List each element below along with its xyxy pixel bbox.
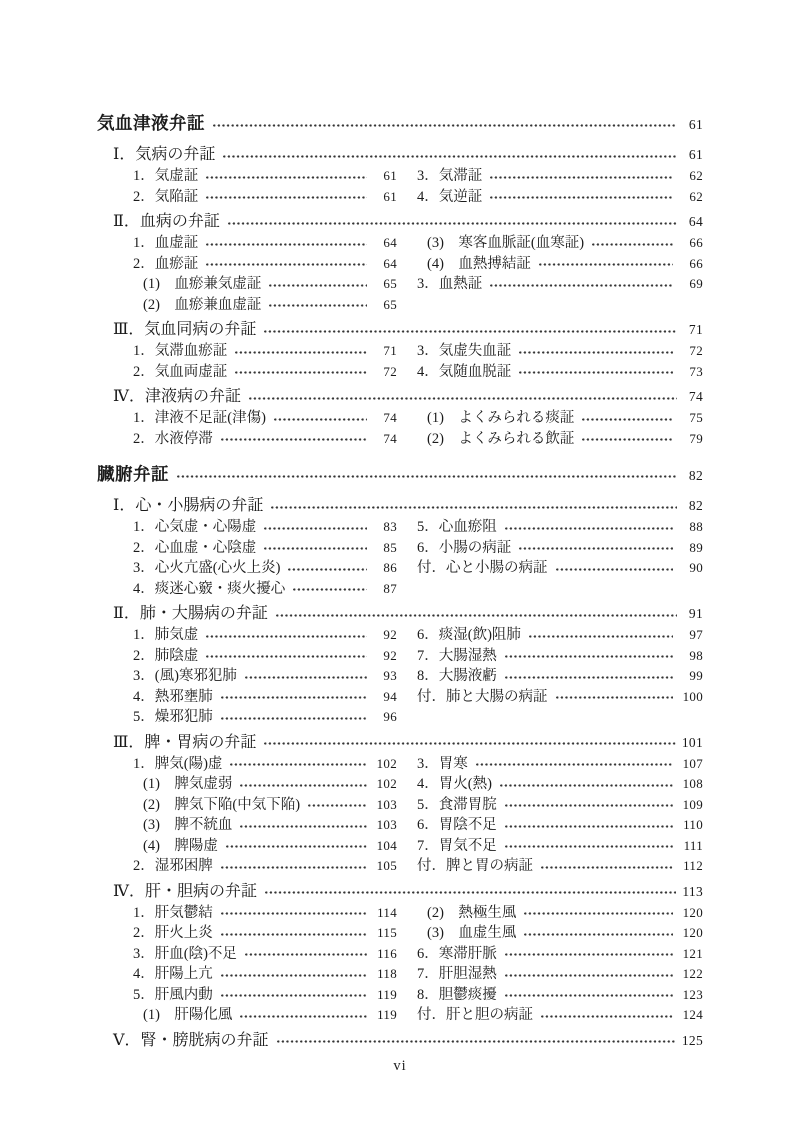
toc-entry-page: 92 bbox=[373, 646, 397, 666]
toc-columns: 1．気虚証612．気陥証613．気滞証624．気逆証62 bbox=[133, 166, 703, 207]
toc-entry: 2．水液停滞74 bbox=[133, 429, 397, 450]
dotted-leader bbox=[541, 866, 673, 869]
toc-entry: 3．気虚失血証72 bbox=[417, 341, 703, 362]
toc-section-heading-label: Ⅳ．津液病の弁証 bbox=[113, 386, 241, 408]
dotted-leader bbox=[249, 397, 677, 400]
dotted-leader bbox=[206, 635, 367, 638]
toc-entry-page: 103 bbox=[373, 795, 397, 815]
toc-entry-page: 114 bbox=[373, 903, 397, 923]
toc-entry-label: (3) 脾不統血 bbox=[143, 816, 232, 836]
toc-entry-label: 1．気虚証 bbox=[133, 167, 198, 187]
toc-section-heading: Ⅳ．肝・胆病の弁証113 bbox=[97, 881, 703, 903]
dotted-leader bbox=[264, 742, 675, 745]
dotted-leader bbox=[265, 891, 676, 894]
dotted-leader bbox=[529, 635, 673, 638]
toc-entry: (4) 脾陽虚104 bbox=[133, 836, 397, 857]
toc-entry-label: 付．肝と胆の病証 bbox=[417, 1006, 533, 1026]
toc-entry-label: 8．胆鬱痰擾 bbox=[417, 986, 497, 1006]
dotted-leader bbox=[206, 655, 367, 658]
toc-entry-page: 122 bbox=[679, 964, 703, 984]
toc-page: 気血津液弁証61Ⅰ．気病の弁証611．気虚証612．気陥証613．気滞証624．… bbox=[0, 0, 800, 1052]
dotted-leader bbox=[524, 933, 673, 936]
toc-entry: 3．心火亢盛(心火上炎)86 bbox=[133, 558, 397, 579]
dotted-leader bbox=[505, 804, 673, 807]
toc-column-left: 1．脾気(陽)虚102(1) 脾気虚弱102(2) 脾気下陥(中気下陥)103(… bbox=[133, 754, 397, 877]
dotted-leader bbox=[245, 676, 367, 679]
toc-entry: 6．痰湿(飲)阻肺97 bbox=[417, 625, 703, 646]
toc-entry-label: 1．津液不足証(津傷) bbox=[133, 409, 266, 429]
dotted-leader bbox=[221, 994, 367, 997]
toc-entry-page: 64 bbox=[373, 233, 397, 253]
dotted-leader bbox=[221, 974, 367, 977]
toc-entry-label: (2) 血瘀兼血虚証 bbox=[143, 296, 261, 316]
toc-entry: 5．食滞胃脘109 bbox=[417, 795, 703, 816]
toc-entry-page: 102 bbox=[373, 774, 397, 794]
toc-columns: 1．脾気(陽)虚102(1) 脾気虚弱102(2) 脾気下陥(中気下陥)103(… bbox=[133, 754, 703, 877]
toc-entry-page: 120 bbox=[679, 903, 703, 923]
toc-entry-label: 5．食滞胃脘 bbox=[417, 796, 497, 816]
dotted-leader bbox=[505, 527, 673, 530]
toc-entry-label: (1) 肝陽化風 bbox=[143, 1006, 232, 1026]
page-number-footer: vi bbox=[0, 1058, 800, 1075]
dotted-leader bbox=[221, 438, 367, 441]
toc-entry-label: 2．血瘀証 bbox=[133, 255, 198, 275]
toc-entry-page: 74 bbox=[373, 429, 397, 449]
toc-entry-page: 92 bbox=[373, 625, 397, 645]
dotted-leader bbox=[206, 263, 367, 266]
toc-section-heading-label: Ⅲ．気血同病の弁証 bbox=[113, 319, 256, 341]
toc-section-heading: Ⅰ．気病の弁証61 bbox=[97, 144, 703, 166]
toc-entry-label: 5．心血瘀阻 bbox=[417, 518, 497, 538]
dotted-leader bbox=[490, 284, 673, 287]
toc-entry-page: 112 bbox=[679, 856, 703, 876]
toc-entry: (2) 血瘀兼血虚証65 bbox=[133, 295, 397, 316]
dotted-leader bbox=[226, 845, 367, 848]
dotted-leader bbox=[264, 330, 677, 333]
toc-entry: 1．肺気虚92 bbox=[133, 625, 397, 646]
toc-entry-label: 2．気血両虚証 bbox=[133, 363, 227, 383]
toc-entry: (1) 血瘀兼気虚証65 bbox=[133, 274, 397, 295]
toc-section-heading: Ⅳ．津液病の弁証74 bbox=[97, 386, 703, 408]
toc-entry-page: 61 bbox=[373, 187, 397, 207]
toc-entry-label: (4) 脾陽虚 bbox=[143, 837, 218, 857]
dotted-leader bbox=[269, 304, 367, 307]
toc-body: 気血津液弁証61Ⅰ．気病の弁証611．気虚証612．気陥証613．気滞証624．… bbox=[97, 110, 703, 1052]
toc-entry-label: 5．燥邪犯肺 bbox=[133, 708, 213, 728]
toc-entry-page: 74 bbox=[373, 408, 397, 428]
toc-columns: 1．気滞血瘀証712．気血両虚証723．気虚失血証724．気随血脱証73 bbox=[133, 341, 703, 382]
toc-entry-page: 66 bbox=[679, 254, 703, 274]
toc-entry-label: 3．(風)寒邪犯肺 bbox=[133, 667, 237, 687]
toc-entry: 3．胃寒107 bbox=[417, 754, 703, 775]
toc-entry-page: 83 bbox=[373, 517, 397, 537]
toc-column-right: (2) 熱極生風120(3) 血虚生風1206．寒滞肝脈1217．肝胆湿熱122… bbox=[417, 903, 703, 1026]
toc-entry-label: 7．肝胆湿熱 bbox=[417, 965, 497, 985]
toc-entry: 1．気滞血瘀証71 bbox=[133, 341, 397, 362]
toc-entry: 2．心血虚・心陰虚85 bbox=[133, 538, 397, 559]
toc-entry-page: 62 bbox=[679, 166, 703, 186]
dotted-leader bbox=[539, 263, 673, 266]
toc-entry: (3) 血虚生風120 bbox=[417, 923, 703, 944]
toc-entry-label: 4．胃火(熱) bbox=[417, 775, 492, 795]
toc-entry-label: (2) 脾気下陥(中気下陥) bbox=[143, 796, 300, 816]
toc-entry-page: 104 bbox=[373, 836, 397, 856]
toc-entry-label: 3．胃寒 bbox=[417, 755, 468, 775]
toc-entry-page: 72 bbox=[373, 362, 397, 382]
toc-entry-label: 1．脾気(陽)虚 bbox=[133, 755, 222, 775]
dotted-leader bbox=[505, 825, 673, 828]
dotted-leader bbox=[308, 804, 367, 807]
toc-section-heading: Ⅴ．腎・膀胱病の弁証125 bbox=[97, 1030, 703, 1052]
toc-entry-page: 65 bbox=[373, 295, 397, 315]
toc-part-heading-page: 61 bbox=[683, 112, 703, 138]
toc-entry-label: 7．胃気不足 bbox=[417, 837, 497, 857]
toc-columns: 1．肺気虚922．肺陰虚923．(風)寒邪犯肺934．熱邪壅肺945．燥邪犯肺9… bbox=[133, 625, 703, 728]
toc-entry: 6．胃陰不足110 bbox=[417, 815, 703, 836]
toc-entry: 2．血瘀証64 bbox=[133, 254, 397, 275]
toc-entry-label: 2．肺陰虚 bbox=[133, 647, 198, 667]
dotted-leader bbox=[206, 196, 367, 199]
toc-entry-page: 110 bbox=[679, 815, 703, 835]
dotted-leader bbox=[519, 547, 673, 550]
toc-entry: 4．気逆証62 bbox=[417, 187, 703, 208]
dotted-leader bbox=[221, 866, 367, 869]
toc-entry-label: 付．心と小腸の病証 bbox=[417, 559, 548, 579]
toc-entry-page: 97 bbox=[679, 625, 703, 645]
dotted-leader bbox=[490, 196, 673, 199]
toc-column-right: 6．痰湿(飲)阻肺977．大腸湿熱988．大腸液虧99付．肺と大腸の病証100 bbox=[417, 625, 703, 728]
dotted-leader bbox=[288, 568, 367, 571]
toc-entry-label: 1．心気虚・心陽虚 bbox=[133, 518, 256, 538]
toc-columns: 1．津液不足証(津傷)742．水液停滞74(1) よくみられる痰証75(2) よ… bbox=[133, 408, 703, 449]
toc-entry: 4．痰迷心竅・痰火擾心87 bbox=[133, 579, 397, 600]
toc-entry-page: 107 bbox=[679, 754, 703, 774]
toc-entry-label: 2．水液停滞 bbox=[133, 430, 213, 450]
toc-entry-label: 2．湿邪困脾 bbox=[133, 857, 213, 877]
toc-section-heading-page: 82 bbox=[683, 495, 703, 517]
dotted-leader bbox=[277, 1040, 676, 1043]
toc-entry-page: 120 bbox=[679, 923, 703, 943]
toc-entry: 4．熱邪壅肺94 bbox=[133, 687, 397, 708]
toc-entry: (1) 肝陽化風119 bbox=[133, 1005, 397, 1026]
toc-entry: (2) 熱極生風120 bbox=[417, 903, 703, 924]
toc-entry-page: 119 bbox=[373, 985, 397, 1005]
toc-entry-page: 69 bbox=[679, 274, 703, 294]
dotted-leader bbox=[240, 784, 367, 787]
toc-entry-page: 87 bbox=[373, 579, 397, 599]
toc-entry-page: 103 bbox=[373, 815, 397, 835]
toc-entry: (3) 脾不統血103 bbox=[133, 815, 397, 836]
toc-entry: 7．胃気不足111 bbox=[417, 836, 703, 857]
toc-section-heading-label: Ⅰ．気病の弁証 bbox=[113, 144, 215, 166]
toc-entry-page: 124 bbox=[679, 1005, 703, 1025]
toc-entry-label: 8．大腸液虧 bbox=[417, 667, 497, 687]
toc-section-heading-page: 61 bbox=[683, 144, 703, 166]
toc-entry-page: 105 bbox=[373, 856, 397, 876]
toc-entry-label: (3) 血虚生風 bbox=[427, 924, 516, 944]
toc-entry: 7．肝胆湿熱122 bbox=[417, 964, 703, 985]
dotted-leader bbox=[221, 717, 367, 720]
dotted-leader bbox=[505, 953, 673, 956]
toc-part-heading-label: 気血津液弁証 bbox=[97, 110, 205, 136]
toc-entry-page: 75 bbox=[679, 408, 703, 428]
dotted-leader bbox=[500, 784, 673, 787]
toc-column-right: (1) よくみられる痰証75(2) よくみられる飲証79 bbox=[417, 408, 703, 449]
toc-entry-page: 118 bbox=[373, 964, 397, 984]
dotted-leader bbox=[519, 371, 673, 374]
toc-section-heading-page: 71 bbox=[683, 319, 703, 341]
toc-entry-label: 5．肝風内動 bbox=[133, 986, 213, 1006]
toc-column-right: 5．心血瘀阻886．小腸の病証89付．心と小腸の病証90 bbox=[417, 517, 703, 599]
toc-entry: 5．肝風内動119 bbox=[133, 985, 397, 1006]
toc-entry: (2) よくみられる飲証79 bbox=[417, 429, 703, 450]
toc-section-heading-page: 125 bbox=[682, 1030, 703, 1052]
toc-entry-page: 71 bbox=[373, 341, 397, 361]
toc-entry: 2．気陥証61 bbox=[133, 187, 397, 208]
toc-entry: 4．胃火(熱)108 bbox=[417, 774, 703, 795]
toc-column-left: 1．肝気鬱結1142．肝火上炎1153．肝血(陰)不足1164．肝陽上亢1185… bbox=[133, 903, 397, 1026]
toc-section-heading-page: 101 bbox=[682, 732, 703, 754]
dotted-leader bbox=[235, 351, 367, 354]
toc-column-left: 1．気虚証612．気陥証61 bbox=[133, 166, 397, 207]
toc-entry-label: 6．胃陰不足 bbox=[417, 816, 497, 836]
toc-columns: 1．心気虚・心陽虚832．心血虚・心陰虚853．心火亢盛(心火上炎)864．痰迷… bbox=[133, 517, 703, 599]
toc-entry-page: 99 bbox=[679, 666, 703, 686]
toc-part: 臓腑弁証82Ⅰ．心・小腸病の弁証821．心気虚・心陽虚832．心血虚・心陰虚85… bbox=[97, 461, 703, 1052]
toc-entry-page: 79 bbox=[679, 429, 703, 449]
dotted-leader bbox=[505, 845, 673, 848]
toc-entry: 8．大腸液虧99 bbox=[417, 666, 703, 687]
toc-section-heading: Ⅱ．血病の弁証64 bbox=[97, 211, 703, 233]
toc-column-left: 1．肺気虚922．肺陰虚923．(風)寒邪犯肺934．熱邪壅肺945．燥邪犯肺9… bbox=[133, 625, 397, 728]
toc-entry: 2．湿邪困脾105 bbox=[133, 856, 397, 877]
toc-section-heading-label: Ⅱ．血病の弁証 bbox=[113, 211, 220, 233]
toc-entry-page: 85 bbox=[373, 538, 397, 558]
toc-column-left: 1．津液不足証(津傷)742．水液停滞74 bbox=[133, 408, 397, 449]
toc-entry-page: 73 bbox=[679, 362, 703, 382]
toc-entry-label: 7．大腸湿熱 bbox=[417, 647, 497, 667]
dotted-leader bbox=[235, 371, 367, 374]
toc-entry-page: 96 bbox=[373, 707, 397, 727]
dotted-leader bbox=[177, 475, 677, 478]
toc-entry-page: 65 bbox=[373, 274, 397, 294]
toc-entry-label: (1) 血瘀兼気虚証 bbox=[143, 275, 261, 295]
toc-entry-label: 付．脾と胃の病証 bbox=[417, 857, 533, 877]
toc-column-left: 1．血虚証642．血瘀証64(1) 血瘀兼気虚証65(2) 血瘀兼血虚証65 bbox=[133, 233, 397, 315]
toc-entry-page: 119 bbox=[373, 1005, 397, 1025]
toc-part-heading: 臓腑弁証82 bbox=[97, 461, 703, 489]
toc-entry-page: 123 bbox=[679, 985, 703, 1005]
toc-entry: 2．気血両虚証72 bbox=[133, 362, 397, 383]
toc-entry-label: (1) よくみられる痰証 bbox=[427, 409, 574, 429]
dotted-leader bbox=[206, 243, 367, 246]
dotted-leader bbox=[271, 506, 677, 509]
toc-column-right: 3．気滞証624．気逆証62 bbox=[417, 166, 703, 207]
dotted-leader bbox=[592, 243, 673, 246]
toc-entry: 付．脾と胃の病証112 bbox=[417, 856, 703, 877]
toc-entry-label: 3．気虚失血証 bbox=[417, 342, 511, 362]
toc-entry: (1) よくみられる痰証75 bbox=[417, 408, 703, 429]
toc-columns: 1．血虚証642．血瘀証64(1) 血瘀兼気虚証65(2) 血瘀兼血虚証65(3… bbox=[133, 233, 703, 315]
toc-columns: 1．肝気鬱結1142．肝火上炎1153．肝血(陰)不足1164．肝陽上亢1185… bbox=[133, 903, 703, 1026]
toc-column-left: 1．心気虚・心陽虚832．心血虚・心陰虚853．心火亢盛(心火上炎)864．痰迷… bbox=[133, 517, 397, 599]
toc-entry-label: 2．気陥証 bbox=[133, 188, 198, 208]
toc-entry-page: 94 bbox=[373, 687, 397, 707]
toc-entry-page: 102 bbox=[373, 754, 397, 774]
dotted-leader bbox=[541, 1015, 673, 1018]
toc-entry-label: 4．熱邪壅肺 bbox=[133, 688, 213, 708]
toc-entry: 1．津液不足証(津傷)74 bbox=[133, 408, 397, 429]
toc-column-left: 1．気滞血瘀証712．気血両虚証72 bbox=[133, 341, 397, 382]
toc-entry-label: 6．痰湿(飲)阻肺 bbox=[417, 626, 521, 646]
toc-section-heading: Ⅲ．脾・胃病の弁証101 bbox=[97, 732, 703, 754]
dotted-leader bbox=[264, 527, 367, 530]
dotted-leader bbox=[245, 953, 367, 956]
dotted-leader bbox=[582, 418, 673, 421]
toc-section-heading-page: 64 bbox=[683, 211, 703, 233]
toc-entry-page: 61 bbox=[373, 166, 397, 186]
toc-column-right: 3．胃寒1074．胃火(熱)1085．食滞胃脘1096．胃陰不足1107．胃気不… bbox=[417, 754, 703, 877]
toc-entry-label: 2．肝火上炎 bbox=[133, 924, 213, 944]
toc-entry-label: 1．肺気虚 bbox=[133, 626, 198, 646]
toc-entry-label: 1．気滞血瘀証 bbox=[133, 342, 227, 362]
toc-section-heading-page: 91 bbox=[683, 603, 703, 625]
toc-entry: 7．大腸湿熱98 bbox=[417, 646, 703, 667]
toc-entry: 1．肝気鬱結114 bbox=[133, 903, 397, 924]
toc-entry-label: 4．気逆証 bbox=[417, 188, 482, 208]
toc-entry: 6．寒滞肝脈121 bbox=[417, 944, 703, 965]
toc-entry: (2) 脾気下陥(中気下陥)103 bbox=[133, 795, 397, 816]
toc-entry-page: 93 bbox=[373, 666, 397, 686]
toc-entry-page: 86 bbox=[373, 558, 397, 578]
toc-column-right: 3．気虚失血証724．気随血脱証73 bbox=[417, 341, 703, 382]
dotted-leader bbox=[293, 588, 367, 591]
toc-section-heading: Ⅱ．肺・大腸病の弁証91 bbox=[97, 603, 703, 625]
toc-entry: 1．脾気(陽)虚102 bbox=[133, 754, 397, 775]
toc-section-heading: Ⅲ．気血同病の弁証71 bbox=[97, 319, 703, 341]
toc-section-heading-page: 74 bbox=[683, 386, 703, 408]
dotted-leader bbox=[505, 655, 673, 658]
toc-entry-label: 1．血虚証 bbox=[133, 234, 198, 254]
toc-entry: 付．心と小腸の病証90 bbox=[417, 558, 703, 579]
toc-entry: 4．肝陽上亢118 bbox=[133, 964, 397, 985]
toc-entry-label: 1．肝気鬱結 bbox=[133, 904, 213, 924]
toc-part: 気血津液弁証61Ⅰ．気病の弁証611．気虚証612．気陥証613．気滞証624．… bbox=[97, 110, 703, 449]
dotted-leader bbox=[221, 912, 367, 915]
toc-entry: 1．気虚証61 bbox=[133, 166, 397, 187]
toc-entry: 2．肺陰虚92 bbox=[133, 646, 397, 667]
toc-entry-page: 98 bbox=[679, 646, 703, 666]
dotted-leader bbox=[240, 825, 367, 828]
toc-entry-label: 4．気随血脱証 bbox=[417, 363, 511, 383]
toc-entry: 3．(風)寒邪犯肺93 bbox=[133, 666, 397, 687]
dotted-leader bbox=[213, 124, 677, 127]
toc-entry-page: 66 bbox=[679, 233, 703, 253]
toc-entry-label: (1) 脾気虚弱 bbox=[143, 775, 232, 795]
dotted-leader bbox=[505, 676, 673, 679]
dotted-leader bbox=[582, 438, 673, 441]
dotted-leader bbox=[221, 933, 367, 936]
toc-entry: 6．小腸の病証89 bbox=[417, 538, 703, 559]
toc-entry-page: 111 bbox=[679, 836, 703, 856]
dotted-leader bbox=[505, 994, 673, 997]
dotted-leader bbox=[476, 763, 673, 766]
dotted-leader bbox=[524, 912, 673, 915]
toc-entry: (1) 脾気虚弱102 bbox=[133, 774, 397, 795]
dotted-leader bbox=[276, 614, 677, 617]
toc-entry-label: 6．小腸の病証 bbox=[417, 539, 511, 559]
toc-entry-page: 88 bbox=[679, 517, 703, 537]
toc-entry-label: 4．痰迷心竅・痰火擾心 bbox=[133, 580, 285, 600]
toc-entry: (4) 血熱搏結証66 bbox=[417, 254, 703, 275]
toc-entry-page: 100 bbox=[679, 687, 703, 707]
toc-entry: 2．肝火上炎115 bbox=[133, 923, 397, 944]
toc-entry-label: 2．心血虚・心陰虚 bbox=[133, 539, 256, 559]
dotted-leader bbox=[264, 547, 367, 550]
toc-entry-page: 108 bbox=[679, 774, 703, 794]
dotted-leader bbox=[556, 568, 674, 571]
toc-entry-page: 72 bbox=[679, 341, 703, 361]
dotted-leader bbox=[228, 222, 677, 225]
toc-entry-label: 4．肝陽上亢 bbox=[133, 965, 213, 985]
toc-entry: 3．血熱証69 bbox=[417, 274, 703, 295]
toc-entry-label: 6．寒滞肝脈 bbox=[417, 945, 497, 965]
toc-entry: 3．気滞証62 bbox=[417, 166, 703, 187]
toc-entry-page: 90 bbox=[679, 558, 703, 578]
toc-entry-label: (3) 寒客血脈証(血寒証) bbox=[427, 234, 584, 254]
toc-entry-page: 62 bbox=[679, 187, 703, 207]
toc-part-heading: 気血津液弁証61 bbox=[97, 110, 703, 138]
toc-entry-page: 64 bbox=[373, 254, 397, 274]
toc-section-heading-label: Ⅴ．腎・膀胱病の弁証 bbox=[113, 1030, 269, 1052]
toc-entry: 5．燥邪犯肺96 bbox=[133, 707, 397, 728]
toc-entry-label: 3．心火亢盛(心火上炎) bbox=[133, 559, 280, 579]
toc-entry-label: 付．肺と大腸の病証 bbox=[417, 688, 548, 708]
dotted-leader bbox=[221, 696, 367, 699]
toc-entry: 8．胆鬱痰擾123 bbox=[417, 985, 703, 1006]
dotted-leader bbox=[274, 418, 367, 421]
toc-entry-page: 115 bbox=[373, 923, 397, 943]
toc-section-heading-page: 113 bbox=[682, 881, 703, 903]
toc-entry: 付．肺と大腸の病証100 bbox=[417, 687, 703, 708]
dotted-leader bbox=[519, 351, 673, 354]
dotted-leader bbox=[269, 284, 367, 287]
toc-entry: 1．血虚証64 bbox=[133, 233, 397, 254]
dotted-leader bbox=[230, 763, 367, 766]
toc-section-heading: Ⅰ．心・小腸病の弁証82 bbox=[97, 495, 703, 517]
toc-entry: 5．心血瘀阻88 bbox=[417, 517, 703, 538]
dotted-leader bbox=[505, 974, 673, 977]
dotted-leader bbox=[223, 155, 677, 158]
toc-entry-label: 3．気滞証 bbox=[417, 167, 482, 187]
toc-column-right: (3) 寒客血脈証(血寒証)66(4) 血熱搏結証663．血熱証69 bbox=[417, 233, 703, 315]
dotted-leader bbox=[240, 1015, 367, 1018]
toc-entry: 1．心気虚・心陽虚83 bbox=[133, 517, 397, 538]
toc-entry-page: 116 bbox=[373, 944, 397, 964]
toc-part-heading-page: 82 bbox=[683, 463, 703, 489]
toc-entry: 3．肝血(陰)不足116 bbox=[133, 944, 397, 965]
toc-entry: 付．肝と胆の病証124 bbox=[417, 1005, 703, 1026]
dotted-leader bbox=[556, 696, 674, 699]
toc-section-heading-label: Ⅱ．肺・大腸病の弁証 bbox=[113, 603, 268, 625]
toc-entry-page: 89 bbox=[679, 538, 703, 558]
dotted-leader bbox=[206, 176, 367, 179]
toc-entry: (3) 寒客血脈証(血寒証)66 bbox=[417, 233, 703, 254]
toc-entry-label: (2) 熱極生風 bbox=[427, 904, 516, 924]
toc-section-heading-label: Ⅳ．肝・胆病の弁証 bbox=[113, 881, 257, 903]
dotted-leader bbox=[490, 176, 673, 179]
toc-section-heading-label: Ⅰ．心・小腸病の弁証 bbox=[113, 495, 263, 517]
